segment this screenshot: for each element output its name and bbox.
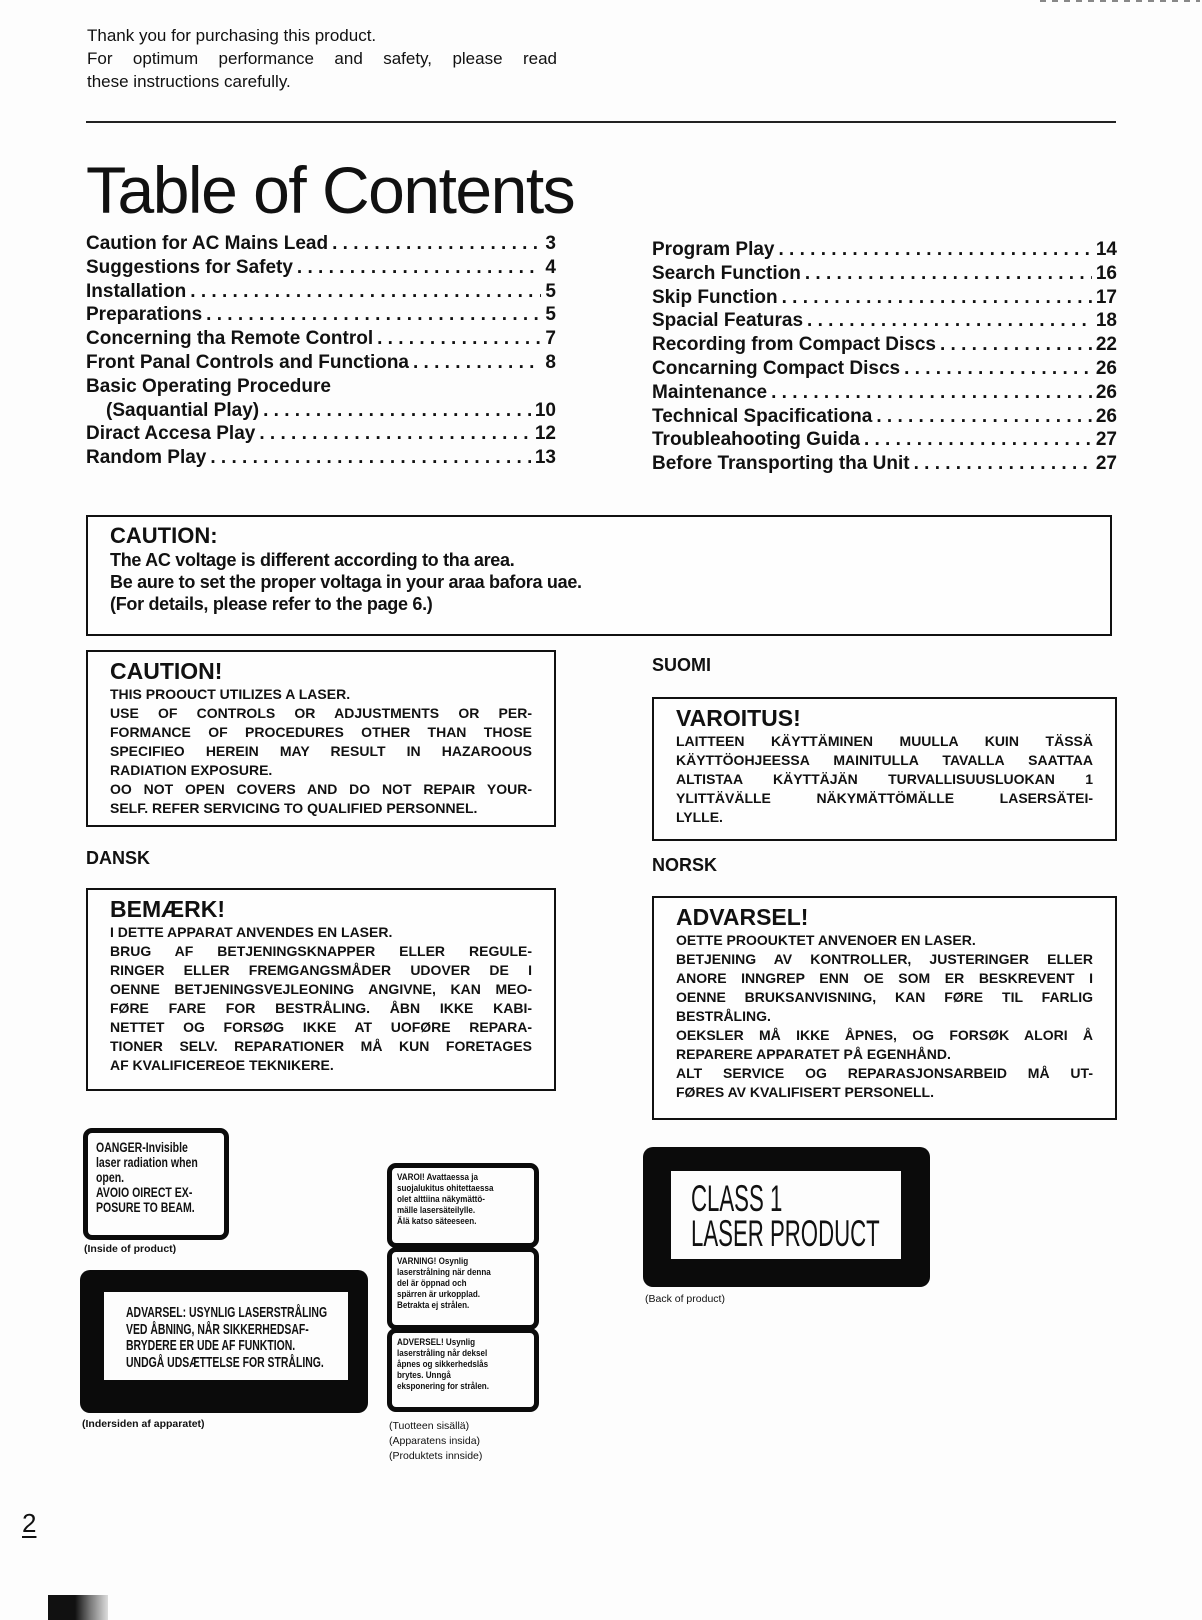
toc-leader-dots [940,333,1092,357]
text-line: BRYDERE ER UDE AF FUNKTION. [126,1338,327,1355]
text-line: LYLLE. [676,808,1093,827]
toc-entry[interactable]: Program Play14 [652,238,1117,262]
toc-entry[interactable]: Technical Spacificationa26 [652,405,1117,429]
toc-entry[interactable]: Recording from Compact Discs22 [652,333,1117,357]
toc-entry-label: Random Play [86,446,206,470]
toc-entry[interactable]: Random Play13 [86,446,556,470]
toc-entry[interactable]: Suggestions for Safety4 [86,256,556,280]
caution-line: The AC voltage is different according to… [110,549,1088,571]
text-line: OETTE PROOUKTET ANVENOER EN LASER. [676,931,1093,950]
text-line: eksponering for strålen. [397,1381,489,1392]
text-line: suojalukitus ohitettaessa [397,1183,493,1194]
label-adversel-norwegian: ADVERSEL! Usynliglaserstråling når dekse… [387,1328,539,1412]
toc-leader-dots [263,399,531,423]
text-line: ANORE INNGREP ENN OE SOM ER BESKREVENT I [676,969,1093,988]
text-line: laserstrålning när denna [397,1267,491,1278]
text-line: åpnes og sikkerhedslås [397,1359,489,1370]
toc-entry-label: Suggestions for Safety [86,256,293,280]
text-line: VED ÅBNING, NÅR SIKKERHEDSAF- [126,1322,327,1339]
text-line: POSURE TO BEAM. [96,1200,198,1215]
toc-leader-dots [771,381,1092,405]
label-text: ADVERSEL! Usynliglaserstråling når dekse… [397,1337,489,1392]
toc-entry[interactable]: Spacial Featuras18 [652,309,1117,333]
text-line: SPECIFIEO HEREIN MAY RESULT IN HAZAROOUS [110,742,532,761]
toc-entry-label: Diract Accesa Play [86,422,255,446]
caution-heading: CAUTION: [110,523,1088,549]
warning-heading: BEMÆRK! [110,896,532,923]
label-caption: (Back of product) [645,1293,725,1305]
label-varning-swedish: VARNING! Osynliglaserstrålning när denna… [387,1247,539,1330]
warning-body: THIS PROOUCT UTILIZES A LASER.USE OF CON… [110,685,532,818]
toc-entry-label: Preparations [86,303,202,327]
language-label-dansk: DANSK [86,848,150,869]
text-line: OENNE BRUKSANVISNING, KAN FØRE TIL FARLI… [676,988,1093,1007]
toc-entry[interactable]: Maintenance26 [652,381,1117,405]
toc-leader-dots [864,428,1092,452]
toc-entry[interactable]: Search Function16 [652,262,1117,286]
toc-column-right: Program Play14Search Function16Skip Func… [652,238,1117,476]
toc-entry[interactable]: Before Transporting tha Unit27 [652,452,1117,476]
label-caption: (Apparatens insida) [389,1434,482,1449]
text-line: laserstråling når deksel [397,1348,489,1359]
toc-leader-dots [904,357,1092,381]
text-line: open. [96,1170,198,1185]
text-line: LASER PRODUCT [691,1216,880,1251]
toc-leader-dots [210,446,530,470]
toc-entry-page: 10 [535,399,556,423]
toc-entry-page: 27 [1096,452,1117,476]
warning-heading: ADVARSEL! [676,904,1093,931]
toc-entry-label: Skip Function [652,286,778,310]
toc-entry-page: 13 [535,446,556,470]
text-line: BRUG AF BETJENINGSKNAPPER ELLER REGULE- [110,942,532,961]
text-line: BESTRÅLING. [676,1007,1093,1026]
toc-entry-label: Recording from Compact Discs [652,333,936,357]
text-line: AF KVALIFICEREOE TEKNIKERE. [110,1056,532,1075]
warning-heading: VAROITUS! [676,705,1093,732]
page-number: 2 [22,1508,36,1539]
text-line: BETJENING AV KONTROLLER, JUSTERINGER ELL… [676,950,1093,969]
text-line: Betrakta ej strålen. [397,1300,491,1311]
language-label-norsk: NORSK [652,855,717,876]
label-advarsel-danish: ADVARSEL: USYNLIG LASERSTRÅLINGVED ÅBNIN… [80,1270,368,1413]
toc-entry[interactable]: Preparations5 [86,303,556,327]
toc-entry-page: 5 [545,280,556,304]
scan-artifact-bottom [48,1595,108,1620]
toc-leader-dots [297,256,542,280]
text-line: FORMANCE OF PROCEDURES OTHER THAN THOSE [110,723,532,742]
caution-line: (For details, please refer to the page 6… [110,593,1088,615]
label-text: VARNING! Osynliglaserstrålning när denna… [397,1256,491,1311]
toc-leader-dots [779,238,1092,262]
toc-entry-page: 17 [1096,286,1117,310]
toc-entry-label: Program Play [652,238,775,262]
text-line: ALTISTAA KÄYTTÄJÄN TURVALLISUUSLUOKAN 1 [676,770,1093,789]
text-line: OEKSLER MÅ IKKE ÅPNES, OG FORSØK ALORI Å [676,1026,1093,1045]
toc-entry-page: 22 [1096,333,1117,357]
text-line: SELF. REFER SERVICING TO QUALIFIED PERSO… [110,799,532,818]
text-line: I DETTE APPARAT ANVENDES EN LASER. [110,923,532,942]
toc-entry-page: 4 [545,256,556,280]
text-line: FØRES AV KVALIFISERT PERSONELL. [676,1083,1093,1102]
toc-entry-label: (Saquantial Play) [86,399,259,423]
label-caption: (Inside of product) [84,1243,176,1255]
toc-entry[interactable]: Concerning tha Remote Control7 [86,327,556,351]
label-caption: (Tuotteen sisällä) [389,1419,482,1434]
toc-leader-dots [876,405,1092,429]
toc-leader-dots [782,286,1092,310]
toc-entry[interactable]: Installation5 [86,280,556,304]
text-line: OENNE BETJENINGSVEJLEONING ANGIVNE, KAN … [110,980,532,999]
text-line: laser radiation when [96,1155,198,1170]
caution-voltage-box: CAUTION: The AC voltage is different acc… [86,515,1112,636]
toc-leader-dots [377,327,541,351]
text-line: olet alttiina näkymättö- [397,1194,493,1205]
toc-entry-label: Front Panal Controls and Functiona [86,351,409,375]
label-caption: (Produktets innside) [389,1449,482,1464]
toc-entry-page: 26 [1096,381,1117,405]
text-line: NETTET OG FORSØG IKKE AT UOFØRE REPARA- [110,1018,532,1037]
toc-leader-dots [807,309,1092,333]
text-line: VARNING! Osynlig [397,1256,491,1267]
toc-entry[interactable]: Concarning Compact Discs26 [652,357,1117,381]
text-line: OO NOT OPEN COVERS AND DO NOT REPAIR YOU… [110,780,532,799]
label-text: ADVARSEL: USYNLIG LASERSTRÅLINGVED ÅBNIN… [126,1305,327,1371]
toc-entry-page: 3 [545,232,556,256]
text-line: RINGER ELLER FREMGANGSMÅDER UDOVER DE I [110,961,532,980]
text-line: THIS PROOUCT UTILIZES A LASER. [110,685,532,704]
toc-entry-page: 18 [1096,309,1117,333]
text-line: KÄYTTÖOHJEESSA MAINITULLA TAVALLA SAATTA… [676,751,1093,770]
toc-entry[interactable]: Front Panal Controls and Functiona8 [86,351,556,375]
toc-leader-dots [206,303,541,327]
text-line: CLASS 1 [691,1181,880,1216]
text-line: Älä katso säteeseen. [397,1216,493,1227]
text-line: VAROI! Avattaessa ja [397,1172,493,1183]
text-line: TIONER SELV. REPARATIONER MÅ KUN FORETAG… [110,1037,532,1056]
text-line: REPARERE APPARATET PÅ EGENHÅND. [676,1045,1093,1064]
toc-entry-label: Maintenance [652,381,767,405]
text-line: ADVERSEL! Usynlig [397,1337,489,1348]
laser-caution-english: CAUTION! THIS PROOUCT UTILIZES A LASER.U… [86,650,556,827]
toc-entry-page: 27 [1096,428,1117,452]
caution-line: Be aure to set the proper voltaga in you… [110,571,1088,593]
scan-artifact-top [1040,0,1200,2]
text-line: spärren är urkopplad. [397,1289,491,1300]
text-line: USE OF CONTROLS OR ADJUSTMENTS OR PER- [110,704,532,723]
toc-entry-page: 16 [1096,262,1117,286]
toc-entry-label: Technical Spacificationa [652,405,872,429]
label-caption: (Indersiden af apparatet) [82,1418,205,1430]
language-label-suomi: SUOMI [652,655,711,676]
page-title: Table of Contents [86,150,574,230]
toc-entry-label: Installation [86,280,186,304]
toc-entry-label: Caution for AC Mains Lead [86,232,328,256]
label-captions-nordic: (Tuotteen sisällä) (Apparatens insida) (… [389,1419,482,1464]
toc-leader-dots [190,280,541,304]
toc-leader-dots [914,452,1092,476]
label-class1-laser-product: CLASS 1LASER PRODUCT [643,1147,930,1287]
intro-text: Thank you for purchasing this product. F… [87,24,557,93]
text-line: del är öppnad och [397,1278,491,1289]
label-varoi-finnish: VAROI! Avattaessa jasuojalukitus ohitett… [387,1163,539,1248]
warning-body: I DETTE APPARAT ANVENDES EN LASER.BRUG A… [110,923,532,1075]
toc-entry-page: 7 [545,327,556,351]
toc-entry-page: 8 [545,351,556,375]
toc-entry[interactable]: Diract Accesa Play12 [86,422,556,446]
toc-entry-label: Basic Operating Procedure [86,375,331,399]
toc-entry[interactable]: Basic Operating Procedure [86,375,556,399]
toc-entry-label: Search Function [652,262,801,286]
toc-entry-page: 26 [1096,357,1117,381]
toc-entry[interactable]: Troubleahooting Guida27 [652,428,1117,452]
laser-caution-dansk: BEMÆRK! I DETTE APPARAT ANVENDES EN LASE… [86,888,556,1091]
intro-line: Thank you for purchasing this product. [87,24,557,47]
intro-line: these instructions carefully. [87,70,557,93]
toc-entry-label: Concarning Compact Discs [652,357,900,381]
warning-heading: CAUTION! [110,658,532,685]
toc-entry-label: Concerning tha Remote Control [86,327,373,351]
warning-body: LAITTEEN KÄYTTÄMINEN MUULLA KUIN TÄSSÄKÄ… [676,732,1093,827]
label-text: CLASS 1LASER PRODUCT [691,1181,880,1251]
toc-leader-dots [413,351,541,375]
intro-line: For optimum performance and safety, plea… [87,47,557,70]
toc-entry[interactable]: Caution for AC Mains Lead3 [86,232,556,256]
toc-leader-dots [332,232,541,256]
text-line: brytes. Unngå [397,1370,489,1381]
toc-entry-page: 5 [545,303,556,327]
toc-entry-page: 14 [1096,238,1117,262]
toc-entry-label: Troubleahooting Guida [652,428,860,452]
text-line: LAITTEEN KÄYTTÄMINEN MUULLA KUIN TÄSSÄ [676,732,1093,751]
label-text: OANGER-Invisiblelaser radiation whenopen… [96,1140,198,1215]
toc-column-left: Caution for AC Mains Lead3Suggestions fo… [86,232,556,470]
label-danger-invisible-laser: OANGER-Invisiblelaser radiation whenopen… [83,1128,229,1240]
toc-entry-label: Before Transporting tha Unit [652,452,910,476]
text-line: UNDGÅ UDSÆTTELSE FOR STRÅLING. [126,1355,327,1372]
toc-entry-label: Spacial Featuras [652,309,803,333]
toc-entry[interactable]: Skip Function17 [652,286,1117,310]
toc-leader-dots [259,422,531,446]
text-line: YLITTÄVÄLLE NÄKYMÄTTÖMÄLLE LASERSÄTEI- [676,789,1093,808]
label-text: VAROI! Avattaessa jasuojalukitus ohitett… [397,1172,493,1227]
toc-entry[interactable]: (Saquantial Play)10 [86,399,556,423]
text-line: mälle lasersäteilylle. [397,1205,493,1216]
divider [86,121,1116,123]
text-line: ALT SERVICE OG REPARASJONSARBEID MÅ UT- [676,1064,1093,1083]
text-line: RADIATION EXPOSURE. [110,761,532,780]
text-line: OANGER-Invisible [96,1140,198,1155]
toc-entry-page: 12 [535,422,556,446]
laser-caution-suomi: VAROITUS! LAITTEEN KÄYTTÄMINEN MUULLA KU… [652,697,1117,841]
text-line: AVOIO OIRECT EX- [96,1185,198,1200]
laser-caution-norsk: ADVARSEL! OETTE PROOUKTET ANVENOER EN LA… [652,896,1117,1120]
text-line: ADVARSEL: USYNLIG LASERSTRÅLING [126,1305,327,1322]
toc-leader-dots [805,262,1092,286]
toc-entry-page: 26 [1096,405,1117,429]
text-line: FØRE FARE FOR BESTRÅLING. ÅBN IKKE KABI- [110,999,532,1018]
warning-body: OETTE PROOUKTET ANVENOER EN LASER.BETJEN… [676,931,1093,1102]
